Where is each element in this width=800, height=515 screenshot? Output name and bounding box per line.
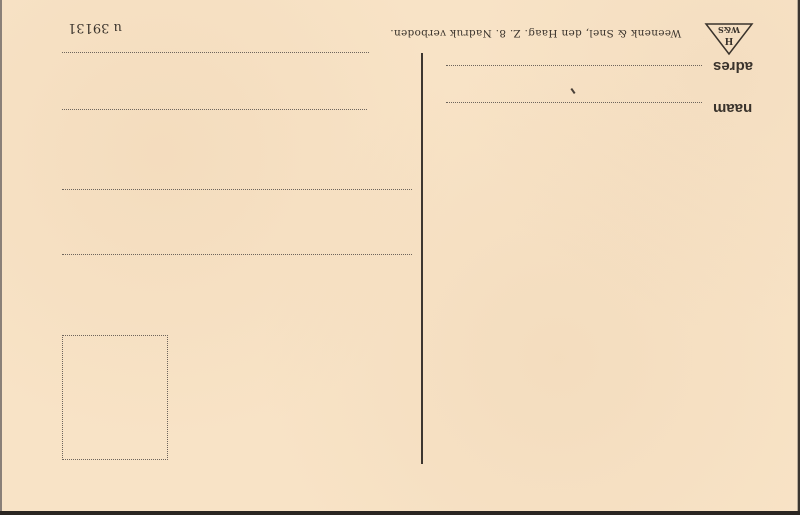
adres-label: adres (713, 58, 753, 75)
message-line-3 (62, 189, 412, 190)
naam-label: naam (713, 100, 752, 117)
address-line-naam (446, 102, 702, 103)
stamp-box (62, 335, 168, 460)
address-line-adres (446, 65, 702, 66)
svg-text:H: H (724, 35, 733, 45)
message-line-1 (62, 52, 369, 53)
postcard-back: u 39131 Weenenk & Snel, den Haag. Z. 8. … (0, 0, 798, 511)
svg-text:W&S: W&S (718, 25, 741, 35)
message-line-4 (62, 254, 412, 255)
scan-edge (0, 511, 800, 515)
publisher-line: Weenenk & Snel, den Haag. Z. 8. Nadruk v… (390, 27, 681, 39)
serial-number: u 39131 (68, 20, 122, 35)
divider-line (421, 53, 423, 464)
message-line-2 (62, 109, 367, 110)
triangle-logo-icon: H W&S (704, 22, 754, 56)
ink-mark (570, 88, 575, 94)
